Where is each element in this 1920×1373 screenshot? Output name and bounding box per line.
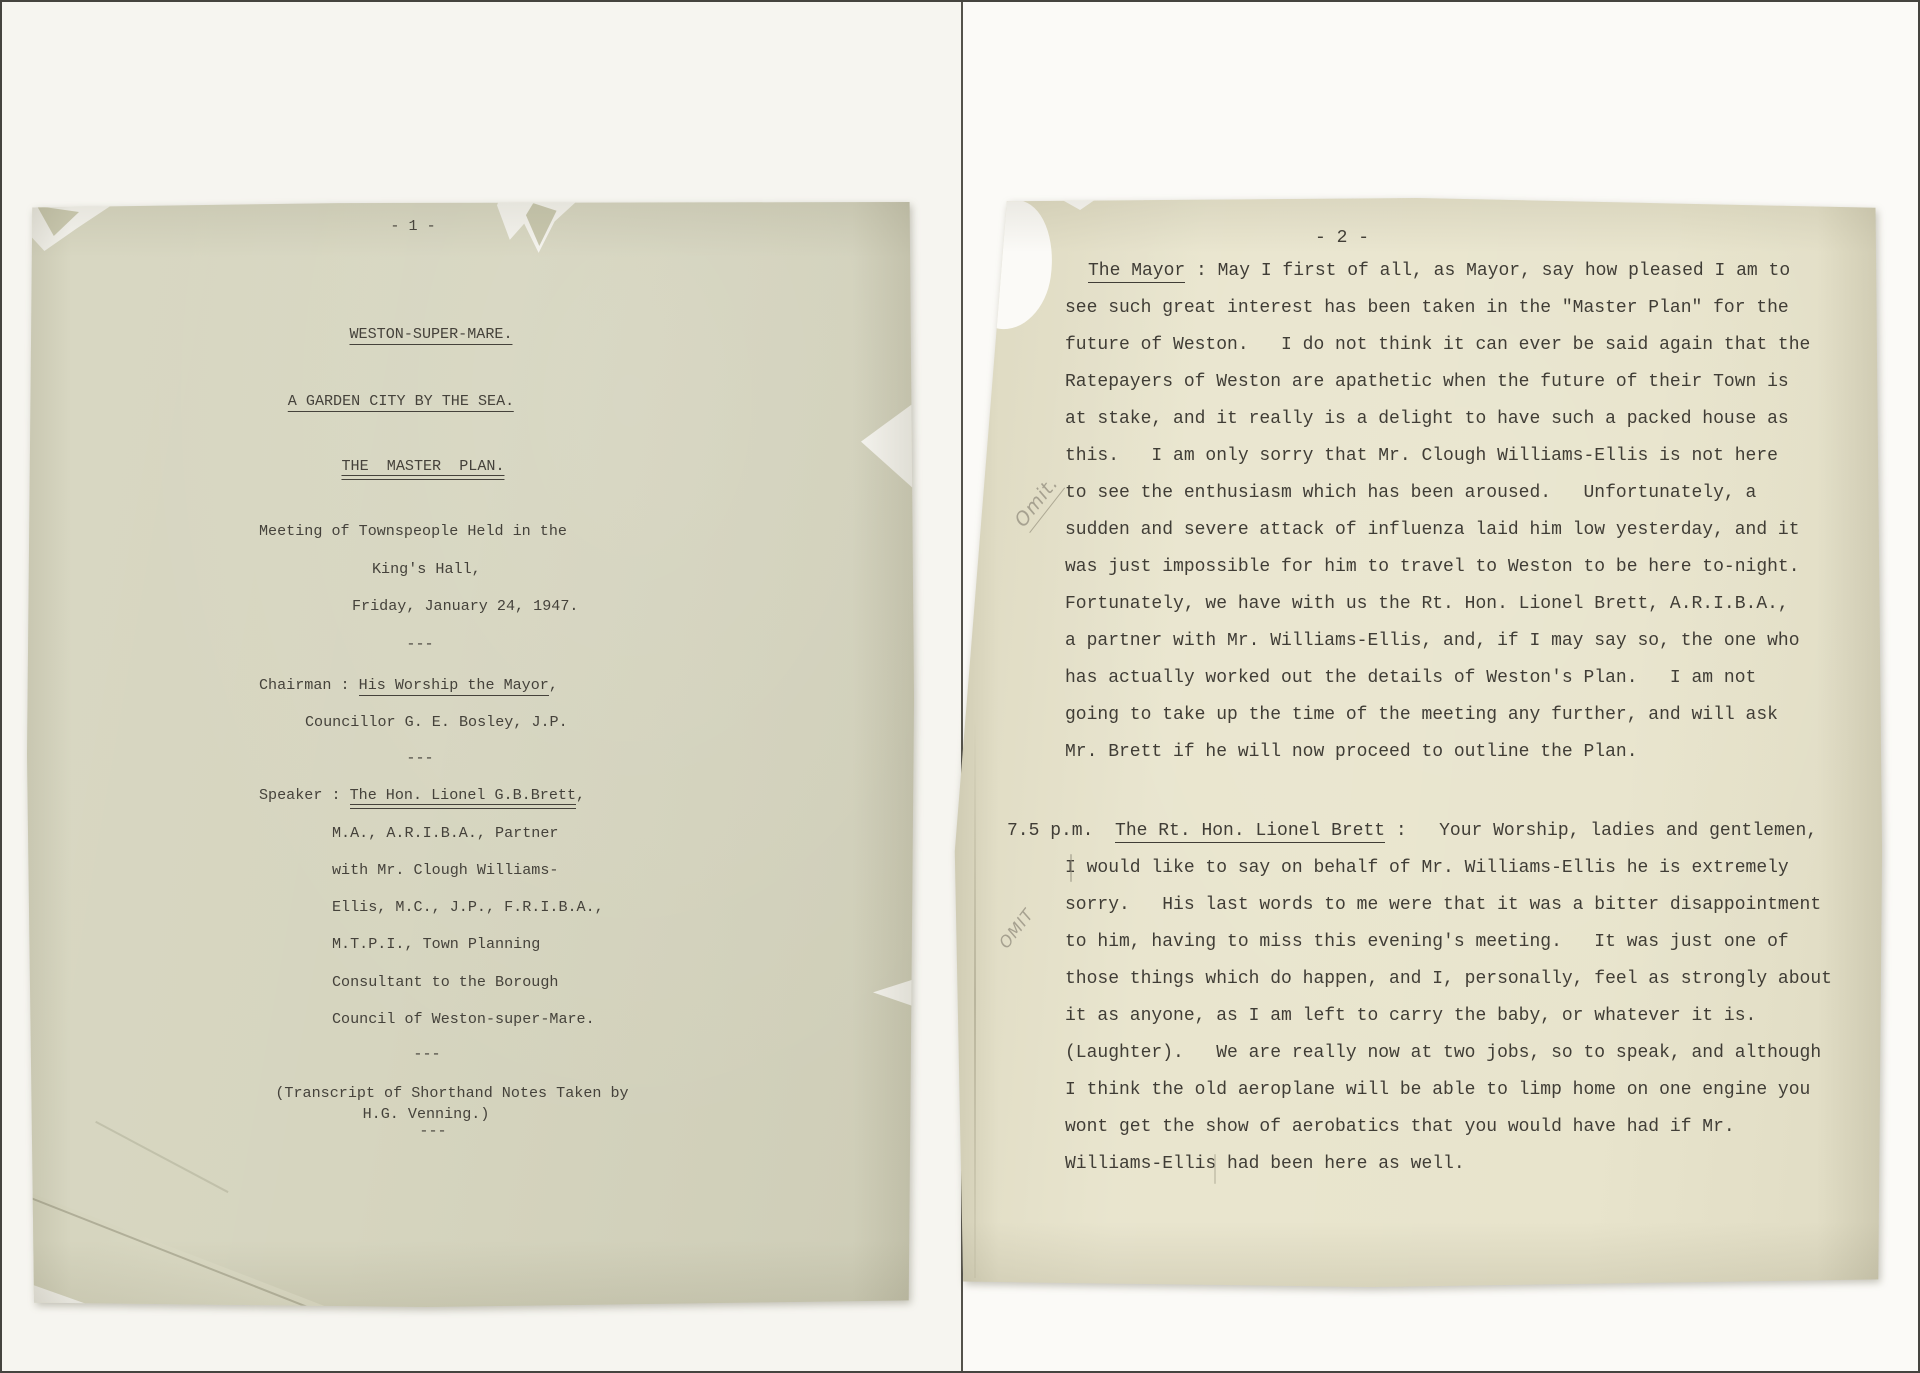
typed-line: Ellis, M.C., J.P., F.R.I.B.A., [332, 896, 604, 919]
underlined-text: The Rt. Hon. Lionel Brett [1115, 821, 1385, 844]
typed-line: Speaker : The Hon. Lionel G.B.Brett, [259, 784, 585, 807]
typed-line: this. I am only sorry that Mr. Clough Wi… [1065, 443, 1778, 469]
typed-line: wont get the show of aerobatics that you… [1065, 1114, 1735, 1140]
typed-text: I would like to say on behalf of Mr. Wil… [1065, 858, 1789, 878]
typed-line: The Mayor : May I first of all, as Mayor… [1088, 258, 1790, 284]
typed-line: sudden and severe attack of influenza la… [1065, 517, 1800, 543]
paper-tear [963, 195, 1060, 335]
typed-line: Williams-Ellis had been here as well. [1065, 1151, 1465, 1177]
typed-line: going to take up the time of the meeting… [1065, 702, 1778, 728]
typed-text: King's Hall, [372, 560, 481, 578]
typed-line: was just impossible for him to travel to… [1065, 554, 1800, 580]
typed-text: it as anyone, as I am left to carry the … [1065, 1006, 1756, 1026]
typed-line: I would like to say on behalf of Mr. Wil… [1065, 855, 1789, 881]
typed-text: Councillor G. E. Bosley, J.P. [305, 713, 568, 731]
typed-line: - 1 - [390, 215, 435, 238]
typed-line: (Laughter). We are really now at two job… [1065, 1040, 1821, 1066]
typed-line: Consultant to the Borough [332, 971, 558, 994]
typed-line: King's Hall, [372, 558, 481, 581]
typed-text: --- [406, 635, 433, 653]
typed-text: Speaker : [259, 786, 350, 804]
pencil-mark [1070, 854, 1072, 882]
typed-text: sorry. His last words to me were that it… [1065, 895, 1821, 915]
typed-text: M.A., A.R.I.B.A., Partner [332, 824, 558, 842]
pencil-annotation-omit: Omit. [1010, 473, 1065, 533]
typed-text: sudden and severe attack of influenza la… [1065, 520, 1800, 540]
typed-line: 7.5 p.m. The Rt. Hon. Lionel Brett : You… [1007, 818, 1817, 844]
typed-text: - 2 - [1315, 228, 1369, 248]
typed-text: --- [406, 749, 433, 767]
typed-text: to see the enthusiasm which has been aro… [1065, 483, 1756, 503]
typed-line: Councillor G. E. Bosley, J.P. [305, 711, 568, 734]
typed-text: --- [419, 1122, 446, 1140]
typed-line: A GARDEN CITY BY THE SEA. [288, 390, 514, 413]
typed-text: Fortunately, we have with us the Rt. Hon… [1065, 594, 1789, 614]
underlined-text: The Hon. Lionel G.B.Brett [350, 786, 576, 810]
typed-line: those things which do happen, and I, per… [1065, 966, 1832, 992]
typed-line: (Transcript of Shorthand Notes Taken by [275, 1082, 628, 1105]
typed-text: I think the old aeroplane will be able t… [1065, 1080, 1810, 1100]
paper-crease [95, 1120, 228, 1192]
typed-line: Ratepayers of Weston are apathetic when … [1065, 369, 1789, 395]
paper-tear [1057, 197, 1099, 210]
typed-line: with Mr. Clough Williams- [332, 859, 558, 882]
typed-text: , [576, 786, 585, 804]
typed-text: was just impossible for him to travel to… [1065, 557, 1800, 577]
typed-line: THE MASTER PLAN. [341, 455, 504, 478]
typed-text: wont get the show of aerobatics that you… [1065, 1117, 1735, 1137]
page-2-paper: - 2 -The Mayor : May I first of all, as … [952, 198, 1882, 1287]
typed-text: future of Weston. I do not think it can … [1065, 335, 1810, 355]
typed-line: - 2 - [1315, 225, 1369, 251]
typed-text: --- [413, 1045, 440, 1063]
paper-crease [974, 718, 976, 1278]
typed-text: Council of Weston-super-Mare. [332, 1010, 595, 1028]
typed-text: those things which do happen, and I, per… [1065, 969, 1832, 989]
typed-line: Chairman : His Worship the Mayor, [259, 674, 558, 697]
typed-line: Meeting of Townspeople Held in the [259, 520, 567, 543]
typed-line: Friday, January 24, 1947. [352, 595, 578, 618]
typed-text: 7.5 p.m. [1007, 821, 1115, 841]
typed-line: I think the old aeroplane will be able t… [1065, 1077, 1810, 1103]
typed-line: Fortunately, we have with us the Rt. Hon… [1065, 591, 1789, 617]
typed-line: has actually worked out the details of W… [1065, 665, 1756, 691]
typed-text: M.T.P.I., Town Planning [332, 935, 540, 953]
typed-line: sorry. His last words to me were that it… [1065, 892, 1821, 918]
typed-line: M.A., A.R.I.B.A., Partner [332, 822, 558, 845]
typed-line: M.T.P.I., Town Planning [332, 933, 540, 956]
typed-line: at stake, and it really is a delight to … [1065, 406, 1789, 432]
page-2-paper-wrap: - 2 -The Mayor : May I first of all, as … [952, 198, 1882, 1287]
typed-line: to see the enthusiasm which has been aro… [1065, 480, 1756, 506]
typed-text: see such great interest has been taken i… [1065, 298, 1789, 318]
typed-line: Mr. Brett if he will now proceed to outl… [1065, 739, 1638, 765]
underlined-text: The Mayor [1088, 261, 1185, 284]
typed-text: has actually worked out the details of W… [1065, 668, 1756, 688]
paper-tear [873, 977, 915, 1025]
typed-text: Chairman : [259, 676, 359, 694]
typed-line: WESTON-SUPER-MARE. [349, 323, 512, 346]
typed-text: going to take up the time of the meeting… [1065, 705, 1778, 725]
typed-line: --- [413, 1043, 440, 1066]
typed-text: (Transcript of Shorthand Notes Taken by [275, 1084, 628, 1102]
typed-text: Williams-Ellis had been here as well. [1065, 1154, 1465, 1174]
pencil-annotation-omit: OMIT [995, 905, 1038, 952]
underlined-text: THE MASTER PLAN. [341, 457, 504, 481]
pencil-mark [1214, 1154, 1216, 1184]
typed-text: , [549, 676, 558, 694]
typed-line: --- [406, 633, 433, 656]
typed-line: --- [406, 747, 433, 770]
typed-line: to him, having to miss this evening's me… [1065, 929, 1789, 955]
typed-text: Ellis, M.C., J.P., F.R.I.B.A., [332, 898, 604, 916]
typed-text: : May I first of all, as Mayor, say how … [1185, 261, 1790, 281]
typed-text: : Your Worship, ladies and gentlemen, [1385, 821, 1817, 841]
underlined-text: His Worship the Mayor [359, 676, 549, 697]
underlined-text: WESTON-SUPER-MARE. [349, 325, 512, 346]
typed-text: at stake, and it really is a delight to … [1065, 409, 1789, 429]
typed-line: a partner with Mr. Williams-Ellis, and, … [1065, 628, 1800, 654]
typed-text: (Laughter). We are really now at two job… [1065, 1043, 1821, 1063]
typed-line: future of Weston. I do not think it can … [1065, 332, 1810, 358]
page-1-paper-wrap: - 1 -WESTON-SUPER-MARE.A GARDEN CITY BY … [27, 202, 914, 1307]
typed-text: this. I am only sorry that Mr. Clough Wi… [1065, 446, 1778, 466]
typed-line: it as anyone, as I am left to carry the … [1065, 1003, 1756, 1029]
scanned-document-viewer: - 1 -WESTON-SUPER-MARE.A GARDEN CITY BY … [0, 0, 1920, 1373]
typed-text: Meeting of Townspeople Held in the [259, 522, 567, 540]
typed-line: Council of Weston-super-Mare. [332, 1008, 595, 1031]
typed-text: to him, having to miss this evening's me… [1065, 932, 1789, 952]
typed-text: Consultant to the Borough [332, 973, 558, 991]
typed-text: Mr. Brett if he will now proceed to outl… [1065, 742, 1638, 762]
underlined-text: A GARDEN CITY BY THE SEA. [288, 392, 514, 413]
page-1-paper: - 1 -WESTON-SUPER-MARE.A GARDEN CITY BY … [27, 202, 914, 1307]
typed-text: Friday, January 24, 1947. [352, 597, 578, 615]
paper-tear [861, 402, 915, 490]
typed-text: - 1 - [390, 217, 435, 235]
paper-fold [27, 1189, 327, 1307]
typed-text: with Mr. Clough Williams- [332, 861, 558, 879]
typed-text: Ratepayers of Weston are apathetic when … [1065, 372, 1789, 392]
typed-line: see such great interest has been taken i… [1065, 295, 1789, 321]
typed-line: --- [419, 1120, 446, 1143]
typed-text: a partner with Mr. Williams-Ellis, and, … [1065, 631, 1800, 651]
